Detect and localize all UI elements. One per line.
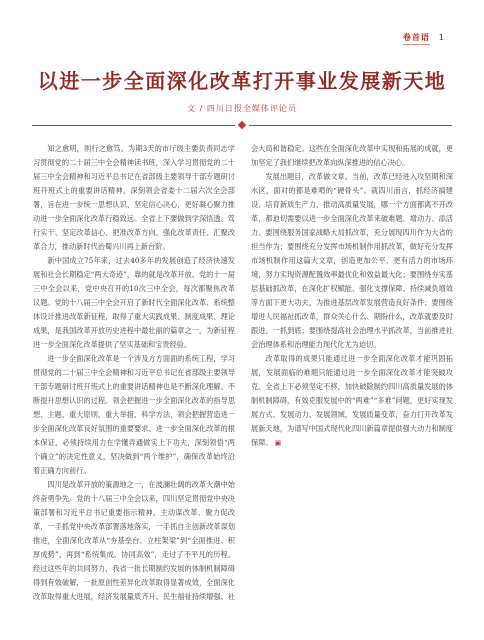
title-divider bbox=[32, 122, 452, 128]
article-paragraph: 新中国成立75年来，过去40多年的发展创造了经济快速发展和社会长期稳定“两大奇迹… bbox=[33, 254, 235, 352]
article-title: 以进一步全面深化改革打开事业发展新天地 bbox=[30, 68, 454, 94]
article-body: 知之愈明，则行之愈笃。为期3天的市厅级主要负责同志学习贯彻党的二十届三中全会精神… bbox=[33, 142, 453, 604]
magazine-page: 卷首语 1 以进一步全面深化改革打开事业发展新天地 文 / 四川日报全媒体评论员… bbox=[0, 0, 484, 640]
divider-line-right bbox=[249, 125, 452, 126]
article-paragraph: 改革取得的成果只能通过进一步全面深化改革才能巩固拓展，发展面临的难题只能通过进一… bbox=[251, 352, 453, 450]
article-end-mark-icon: ▣ bbox=[275, 439, 282, 447]
article-paragraph: 发展出题目，改革做文章。当前，改革已经进入攻坚期和深水区，面对的都是难啃的“硬骨… bbox=[251, 170, 453, 352]
page-header: 卷首语 1 bbox=[403, 33, 444, 45]
article-byline: 文 / 四川日报全媒体评论员 bbox=[0, 103, 484, 114]
diamond-icon bbox=[238, 121, 246, 129]
page-number: 1 bbox=[439, 33, 444, 43]
divider-line-left bbox=[32, 125, 235, 126]
section-label: 卷首语 bbox=[403, 33, 430, 45]
article-paragraph: 知之愈明，则行之愈笃。为期3天的市厅级主要负责同志学习贯彻党的二十届三中全会精神… bbox=[33, 142, 235, 254]
article-paragraph: 进一步全面深化改革是一个涉及方方面面的系统工程，学习贯彻党的二十届三中全会精神和… bbox=[33, 352, 235, 478]
